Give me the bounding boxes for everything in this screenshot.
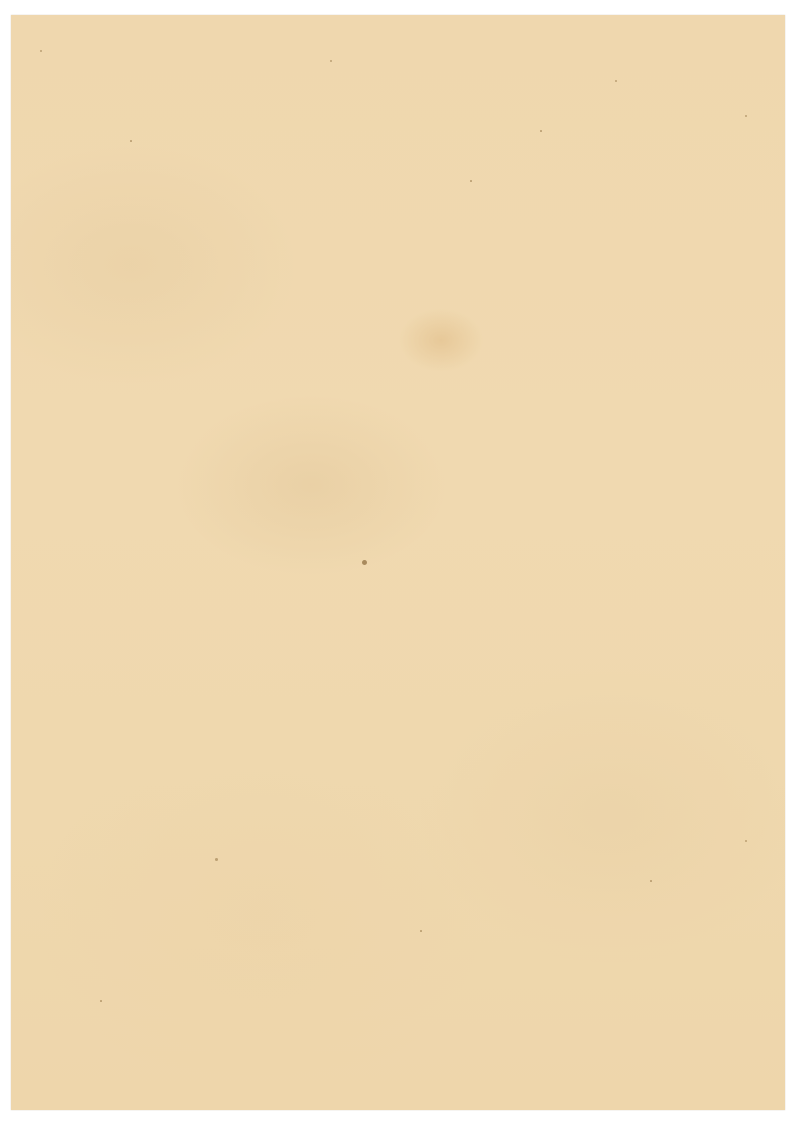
paper-speck [215, 858, 218, 861]
paper-speck [745, 840, 747, 842]
document-body [71, 75, 725, 1050]
paper-speck [420, 930, 422, 932]
paper-sheet [11, 15, 785, 1110]
paper-speck [40, 50, 42, 52]
paper-speck [362, 560, 367, 565]
paper-speck [130, 140, 132, 142]
paper-speck [330, 60, 332, 62]
paper-speck [650, 880, 652, 882]
paper-speck [540, 130, 542, 132]
paper-speck [100, 1000, 102, 1002]
paper-speck [745, 115, 747, 117]
paper-speck [615, 80, 617, 82]
paper-speck [470, 180, 472, 182]
